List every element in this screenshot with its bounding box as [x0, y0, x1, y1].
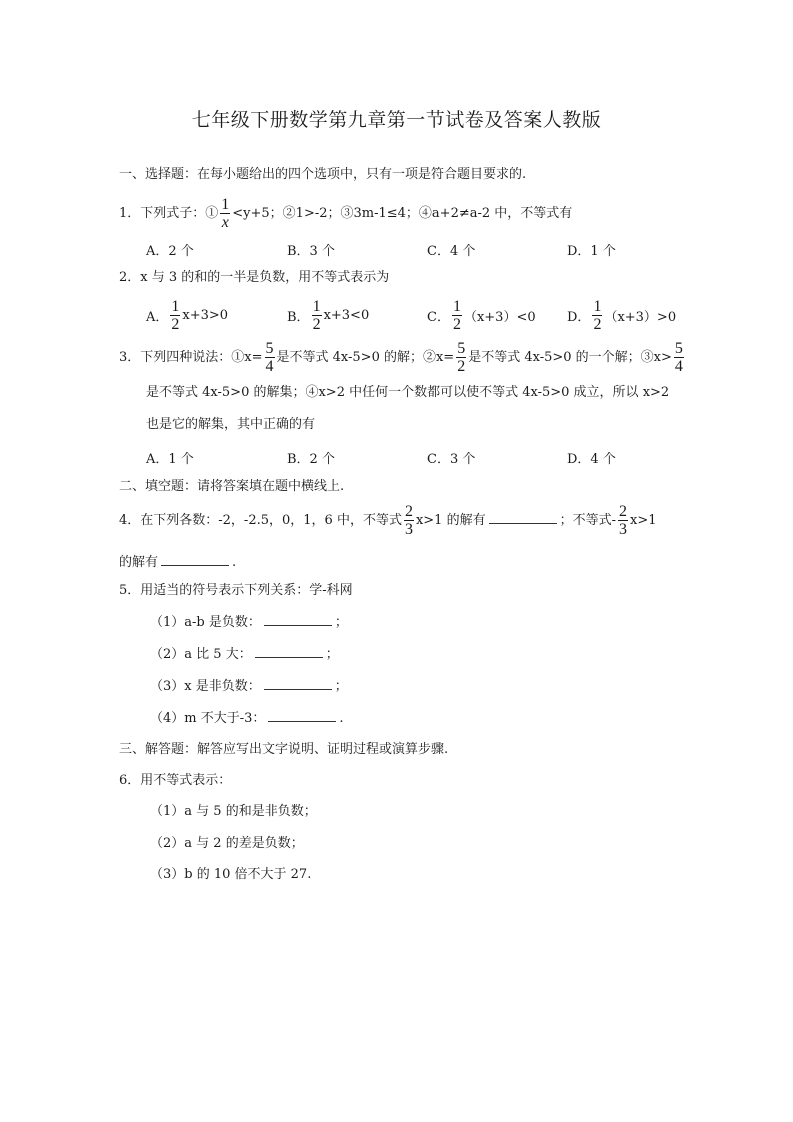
q5-item-2: （2）a 比 5 大：； [150, 645, 339, 664]
q3-option-d: D．4 个 [567, 448, 616, 467]
question-6: 6．用不等式表示： [119, 772, 231, 790]
q3-option-a: A．1 个 [146, 448, 194, 467]
question-1: 1．下列式子：①1x<y+5；②1>-2；③3m-1≤4；④a+2≠a-2 中，… [119, 196, 572, 231]
q5-item-3: （3）x 是非负数：； [150, 677, 348, 696]
q2-option-a: A．12x+3>0 [146, 298, 228, 333]
q1-option-d: D．1 个 [567, 240, 616, 259]
q2-option-b: B．12x+3<0 [287, 298, 369, 333]
answer-blank[interactable] [255, 645, 323, 658]
question-3: 3．下列四种说法：①x=54是不等式 4x-5>0 的解；②x=52是不等式 4… [119, 340, 686, 375]
question-4: 4．在下列各数：-2，-2.5，0，1，6 中，不等式23x>1 的解有；不等式… [119, 503, 657, 538]
q1-option-a: A．2 个 [146, 240, 194, 259]
question-2: 2．x 与 3 的和的一半是负数，用不等式表示为 [119, 269, 389, 287]
section1-heading: 一、选择题：在每小题给出的四个选项中，只有一项是符合题目要求的. [119, 166, 526, 184]
question-3-line2: 是不等式 4x-5>0 的解集；④x>2 中任何一个数都可以使不等式 4x-5>… [146, 384, 669, 402]
fraction: 1x [220, 196, 230, 231]
answer-blank[interactable] [264, 677, 332, 690]
q5-item-4: （4）m 不大于-3：. [150, 709, 344, 728]
answer-blank[interactable] [264, 613, 332, 626]
q6-item-2: （2）a 与 2 的差是负数； [150, 835, 304, 853]
q3-option-b: B．2 个 [287, 448, 335, 467]
section2-heading: 二、填空题：请将答案填在题中横线上. [119, 478, 344, 496]
question-3-line3: 也是它的解集，其中正确的有 [146, 416, 315, 434]
q3-option-c: C．3 个 [427, 448, 475, 467]
answer-blank[interactable] [489, 511, 557, 524]
answer-blank[interactable] [161, 553, 229, 566]
answer-blank[interactable] [268, 709, 336, 722]
q5-item-1: （1）a-b 是负数：； [150, 613, 348, 632]
q1-option-b: B．3 个 [287, 240, 335, 259]
question-4-line2: 的解有. [119, 553, 236, 572]
question-5: 5．用适当的符号表示下列关系：学-科网 [119, 582, 353, 600]
page-title: 七年级下册数学第九章第一节试卷及答案人教版 [0, 105, 793, 132]
section3-heading: 三、解答题：解答应写出文字说明、证明过程或演算步骤. [119, 741, 448, 759]
q2-option-d: D．12（x+3）>0 [567, 298, 676, 333]
q6-item-3: （3）b 的 10 倍不大于 27. [150, 866, 311, 884]
q2-option-c: C．12（x+3）<0 [427, 298, 536, 333]
q1-option-c: C．4 个 [427, 240, 475, 259]
q6-item-1: （1）a 与 5 的和是非负数； [150, 803, 317, 821]
